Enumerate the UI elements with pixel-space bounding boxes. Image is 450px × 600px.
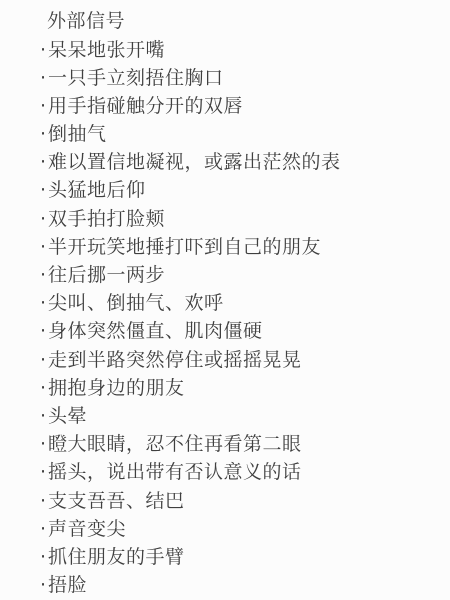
bullet-icon: · bbox=[40, 176, 48, 204]
bullet-icon: · bbox=[40, 64, 48, 92]
list-item-text: 摇头，说出带有否认意义的话 bbox=[48, 458, 302, 486]
list-item: · 瞪大眼睛，忍不住再看第二眼 bbox=[40, 430, 440, 458]
list-item-text: 瞪大眼睛，忍不住再看第二眼 bbox=[48, 430, 302, 458]
bullet-icon: · bbox=[40, 120, 48, 148]
list-item-text: 头晕 bbox=[48, 402, 87, 430]
bullet-icon: · bbox=[40, 36, 48, 64]
list-item: · 走到半路突然停住或摇摇晃晃 bbox=[40, 346, 440, 374]
bullet-icon: · bbox=[40, 289, 48, 317]
list-item-text: 难以置信地凝视，或露出茫然的表 bbox=[48, 148, 341, 176]
bullet-icon: · bbox=[40, 571, 48, 599]
page-title: 外部信号 bbox=[40, 7, 440, 36]
list-item: · 呆呆地张开嘴 bbox=[40, 36, 440, 64]
list-item-text: 呆呆地张开嘴 bbox=[48, 36, 165, 64]
list-item-text: 捂脸 bbox=[48, 571, 87, 599]
bullet-icon: · bbox=[40, 92, 48, 120]
bullet-icon: · bbox=[40, 346, 48, 374]
list-item: · 倒抽气 bbox=[40, 120, 440, 148]
list-item: · 双手拍打脸颊 bbox=[40, 205, 440, 233]
list-item: · 拥抱身边的朋友 bbox=[40, 374, 440, 402]
list-item: · 支支吾吾、结巴 bbox=[40, 487, 440, 515]
list-item-text: 用手指碰触分开的双唇 bbox=[48, 92, 243, 120]
bullet-icon: · bbox=[40, 233, 48, 261]
list-item-text: 一只手立刻捂住胸口 bbox=[48, 64, 224, 92]
list-item-text: 走到半路突然停住或摇摇晃晃 bbox=[48, 346, 302, 374]
list-item: · 用手指碰触分开的双唇 bbox=[40, 92, 440, 120]
document-page: 外部信号 · 呆呆地张开嘴 · 一只手立刻捂住胸口 · 用手指碰触分开的双唇 ·… bbox=[0, 0, 450, 600]
list-item: · 捂脸 bbox=[40, 571, 440, 599]
signal-list: · 呆呆地张开嘴 · 一只手立刻捂住胸口 · 用手指碰触分开的双唇 · 倒抽气 … bbox=[40, 36, 440, 600]
list-item-text: 双手拍打脸颊 bbox=[48, 205, 165, 233]
list-item: · 一只手立刻捂住胸口 bbox=[40, 64, 440, 92]
list-item: · 抓住朋友的手臂 bbox=[40, 543, 440, 571]
list-item-text: 身体突然僵直、肌肉僵硬 bbox=[48, 317, 263, 345]
list-item-text: 支支吾吾、结巴 bbox=[48, 487, 185, 515]
list-item: · 声音变尖 bbox=[40, 515, 440, 543]
list-item-text: 倒抽气 bbox=[48, 120, 107, 148]
list-item-text: 半开玩笑地捶打吓到自己的朋友 bbox=[48, 233, 321, 261]
list-item: · 半开玩笑地捶打吓到自己的朋友 bbox=[40, 233, 440, 261]
list-item: · 往后挪一两步 bbox=[40, 261, 440, 289]
list-item: · 头晕 bbox=[40, 402, 440, 430]
list-item-text: 声音变尖 bbox=[48, 515, 126, 543]
list-item: · 头猛地后仰 bbox=[40, 176, 440, 204]
list-item-text: 尖叫、倒抽气、欢呼 bbox=[48, 289, 224, 317]
bullet-icon: · bbox=[40, 458, 48, 486]
list-item: · 尖叫、倒抽气、欢呼 bbox=[40, 289, 440, 317]
list-item: · 难以置信地凝视，或露出茫然的表 bbox=[40, 148, 440, 176]
bullet-icon: · bbox=[40, 515, 48, 543]
bullet-icon: · bbox=[40, 205, 48, 233]
bullet-icon: · bbox=[40, 261, 48, 289]
list-item-text: 往后挪一两步 bbox=[48, 261, 165, 289]
list-item-text: 拥抱身边的朋友 bbox=[48, 374, 185, 402]
bullet-icon: · bbox=[40, 317, 48, 345]
bullet-icon: · bbox=[40, 543, 48, 571]
bullet-icon: · bbox=[40, 148, 48, 176]
bullet-icon: · bbox=[40, 430, 48, 458]
bullet-icon: · bbox=[40, 487, 48, 515]
list-item-text: 头猛地后仰 bbox=[48, 176, 146, 204]
list-item-text: 抓住朋友的手臂 bbox=[48, 543, 185, 571]
list-item: · 摇头，说出带有否认意义的话 bbox=[40, 458, 440, 486]
bullet-icon: · bbox=[40, 374, 48, 402]
list-item: · 身体突然僵直、肌肉僵硬 bbox=[40, 317, 440, 345]
bullet-icon: · bbox=[40, 402, 48, 430]
